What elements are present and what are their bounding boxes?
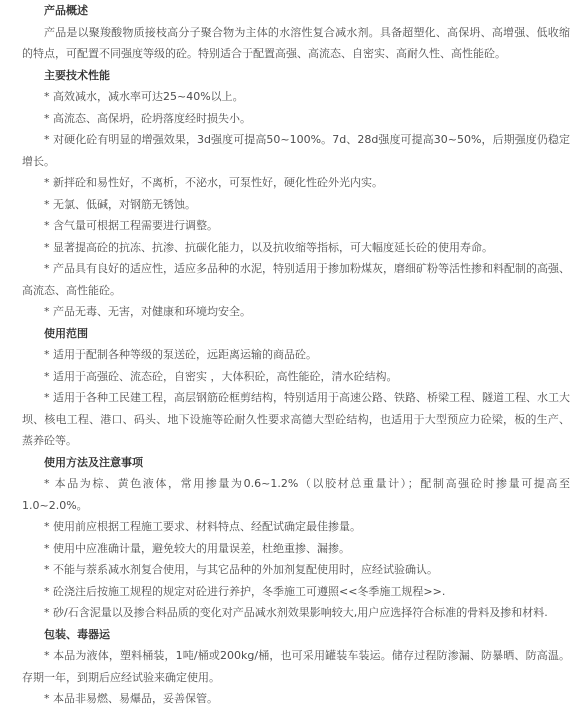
doc-paragraph: 产品是以聚羧酸物质接枝高分子聚合物为主体的水溶性复合减水剂。具备超塑化、高保坍、… bbox=[22, 22, 570, 65]
doc-paragraph: * 产品无毒、无害，对健康和环境均安全。 bbox=[22, 301, 570, 323]
doc-paragraph: * 新拌砼和易性好，不离析，不泌水，可泵性好，硬化性砼外光内实。 bbox=[22, 172, 570, 194]
doc-paragraph: * 无氯、低碱，对钢筋无锈蚀。 bbox=[22, 194, 570, 216]
section-heading: 产品概述 bbox=[22, 0, 570, 22]
doc-section: 产品概述产品是以聚羧酸物质接枝高分子聚合物为主体的水溶性复合减水剂。具备超塑化、… bbox=[22, 0, 570, 65]
section-heading: 主要技术性能 bbox=[22, 65, 570, 87]
doc-paragraph: * 砂/石含泥量以及掺合料品质的变化对产品减水剂效果影响较大,用户应选择符合标准… bbox=[22, 602, 570, 624]
doc-paragraph: * 显著提高砼的抗冻、抗渗、抗碳化能力，以及抗收缩等指标，可大幅度延长砼的使用寿… bbox=[22, 237, 570, 259]
doc-paragraph: * 适用于各种工民建工程，高层钢筋砼框剪结构，特别适用于高速公路、铁路、桥梁工程… bbox=[22, 387, 570, 452]
doc-section: 主要技术性能* 高效减水，减水率可达25~40%以上。* 高流态、高保坍，砼坍落… bbox=[22, 65, 570, 323]
section-heading: 使用方法及注意事项 bbox=[22, 452, 570, 474]
doc-section: 使用方法及注意事项* 本品为棕、黄色液体，常用掺量为0.6~1.2%（以胶材总重… bbox=[22, 452, 570, 624]
doc-paragraph: * 使用中应准确计量，避免较大的用量误差，杜绝重掺、漏掺。 bbox=[22, 538, 570, 560]
section-heading: 包装、毒器运 bbox=[22, 624, 570, 646]
doc-paragraph: * 对硬化砼有明显的增强效果，3d强度可提高50~100%。7d、28d强度可提… bbox=[22, 129, 570, 172]
doc-paragraph: * 使用前应根据工程施工要求、材料特点、经配试确定最佳掺量。 bbox=[22, 516, 570, 538]
doc-paragraph: * 砼浇注后按施工规程的规定对砼进行养护，冬季施工可遵照<<冬季施工规程>>. bbox=[22, 581, 570, 603]
doc-section: 包装、毒器运* 本品为液体，塑料桶装，1吨/桶或200kg/桶，也可采用罐装车装… bbox=[22, 624, 570, 710]
doc-paragraph: * 含气量可根据工程需要进行调整。 bbox=[22, 215, 570, 237]
doc-paragraph: * 本品非易燃、易爆品，妥善保管。 bbox=[22, 688, 570, 710]
doc-paragraph: * 适用于高强砼、流态砼，自密实 ，大体积砼，高性能砼，清水砼结构。 bbox=[22, 366, 570, 388]
section-heading: 使用范围 bbox=[22, 323, 570, 345]
doc-paragraph: * 适用于配制各种等级的泵送砼，远距离运输的商品砼。 bbox=[22, 344, 570, 366]
product-document: 产品概述产品是以聚羧酸物质接枝高分子聚合物为主体的水溶性复合减水剂。具备超塑化、… bbox=[0, 0, 581, 724]
doc-paragraph: * 高流态、高保坍，砼坍落度经时损失小。 bbox=[22, 108, 570, 130]
doc-paragraph: * 本品为棕、黄色液体，常用掺量为0.6~1.2%（以胶材总重量计）；配制高强砼… bbox=[22, 473, 570, 516]
doc-paragraph: * 不能与萘系减水剂复合使用，与其它品种的外加剂复配使用时，应经试验确认。 bbox=[22, 559, 570, 581]
doc-paragraph: * 产品具有良好的适应性，适应多品种的水泥，特别适用于掺加粉煤灰，磨细矿粉等活性… bbox=[22, 258, 570, 301]
doc-section: 使用范围* 适用于配制各种等级的泵送砼，远距离运输的商品砼。* 适用于高强砼、流… bbox=[22, 323, 570, 452]
doc-paragraph: * 本品为液体，塑料桶装，1吨/桶或200kg/桶，也可采用罐装车装运。储存过程… bbox=[22, 645, 570, 688]
doc-paragraph: * 高效减水，减水率可达25~40%以上。 bbox=[22, 86, 570, 108]
